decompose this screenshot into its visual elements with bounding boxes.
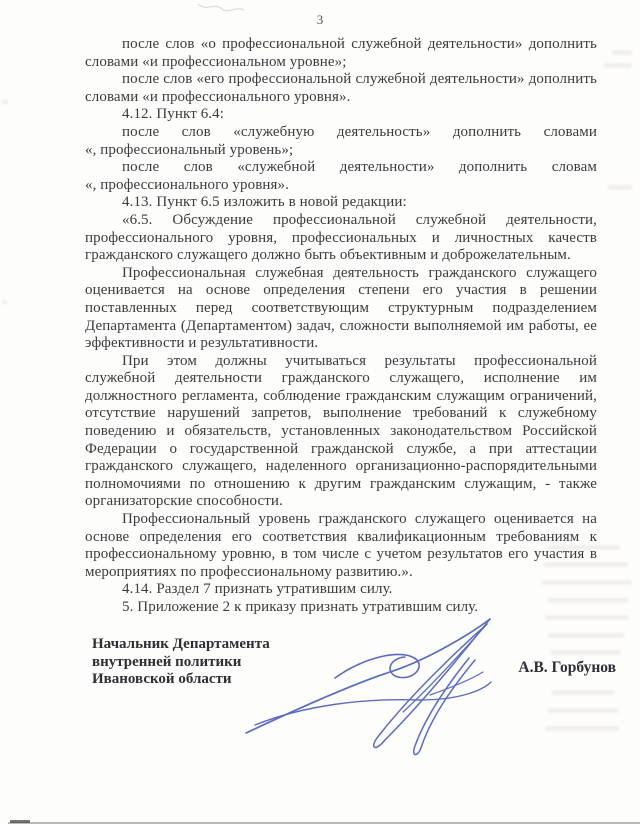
bleed-through-artifact (552, 690, 614, 695)
paragraph: 4.14. Раздел 7 признать утратившим силу. (85, 581, 597, 599)
bleed-through-artifact (548, 633, 624, 638)
paragraph-line: после слов «служебной деятельности» допо… (85, 159, 597, 177)
scan-artifact (2, 100, 8, 104)
signature-ink (225, 600, 525, 770)
paragraph: При этом должны учитываться результаты п… (85, 353, 597, 511)
bleed-through-artifact (608, 185, 632, 190)
scan-edge (10, 820, 30, 823)
bleed-through-artifact (551, 650, 621, 655)
paragraph: после слов «служебную деятельность» допо… (85, 124, 597, 159)
signer-name: А.В. Горбунов (518, 659, 616, 677)
page-number: 3 (0, 12, 640, 28)
bleed-through-artifact (548, 598, 628, 603)
scan-artifact (2, 300, 7, 304)
bleed-through-artifact (544, 562, 628, 567)
bleed-through-artifact (604, 63, 632, 68)
bleed-through-artifact (545, 726, 619, 731)
paragraph-line: «, профессионального уровня». (85, 177, 597, 195)
bleed-through-artifact (548, 545, 620, 550)
paragraph: после слов «о профессиональной служебной… (85, 36, 597, 71)
document-body: после слов «о профессиональной служебной… (85, 36, 597, 617)
paragraph: 4.12. Пункт 6.4: (85, 106, 597, 124)
paragraph: после слов «его профессиональной служебн… (85, 71, 597, 106)
paragraph: после слов «служебной деятельности» допо… (85, 159, 597, 194)
paragraph-line: после слов «служебную деятельность» допо… (85, 124, 597, 142)
paragraph-line: «, профессиональный уровень»; (85, 142, 597, 160)
paragraph: Профессиональная служебная деятельность … (85, 265, 597, 353)
paragraph: «6.5. Обсуждение профессиональной служеб… (85, 212, 597, 265)
bleed-through-artifact (542, 580, 632, 585)
scan-artifact (190, 0, 260, 18)
paragraph: 4.13. Пункт 6.5 изложить в новой редакци… (85, 194, 597, 212)
bleed-through-artifact (545, 615, 629, 620)
bleed-through-artifact (612, 50, 632, 55)
scanned-document-page: 3 после слов «о профессиональной служебн… (0, 0, 640, 824)
bleed-through-artifact (548, 708, 618, 713)
paragraph: Профессиональный уровень гражданского сл… (85, 511, 597, 581)
